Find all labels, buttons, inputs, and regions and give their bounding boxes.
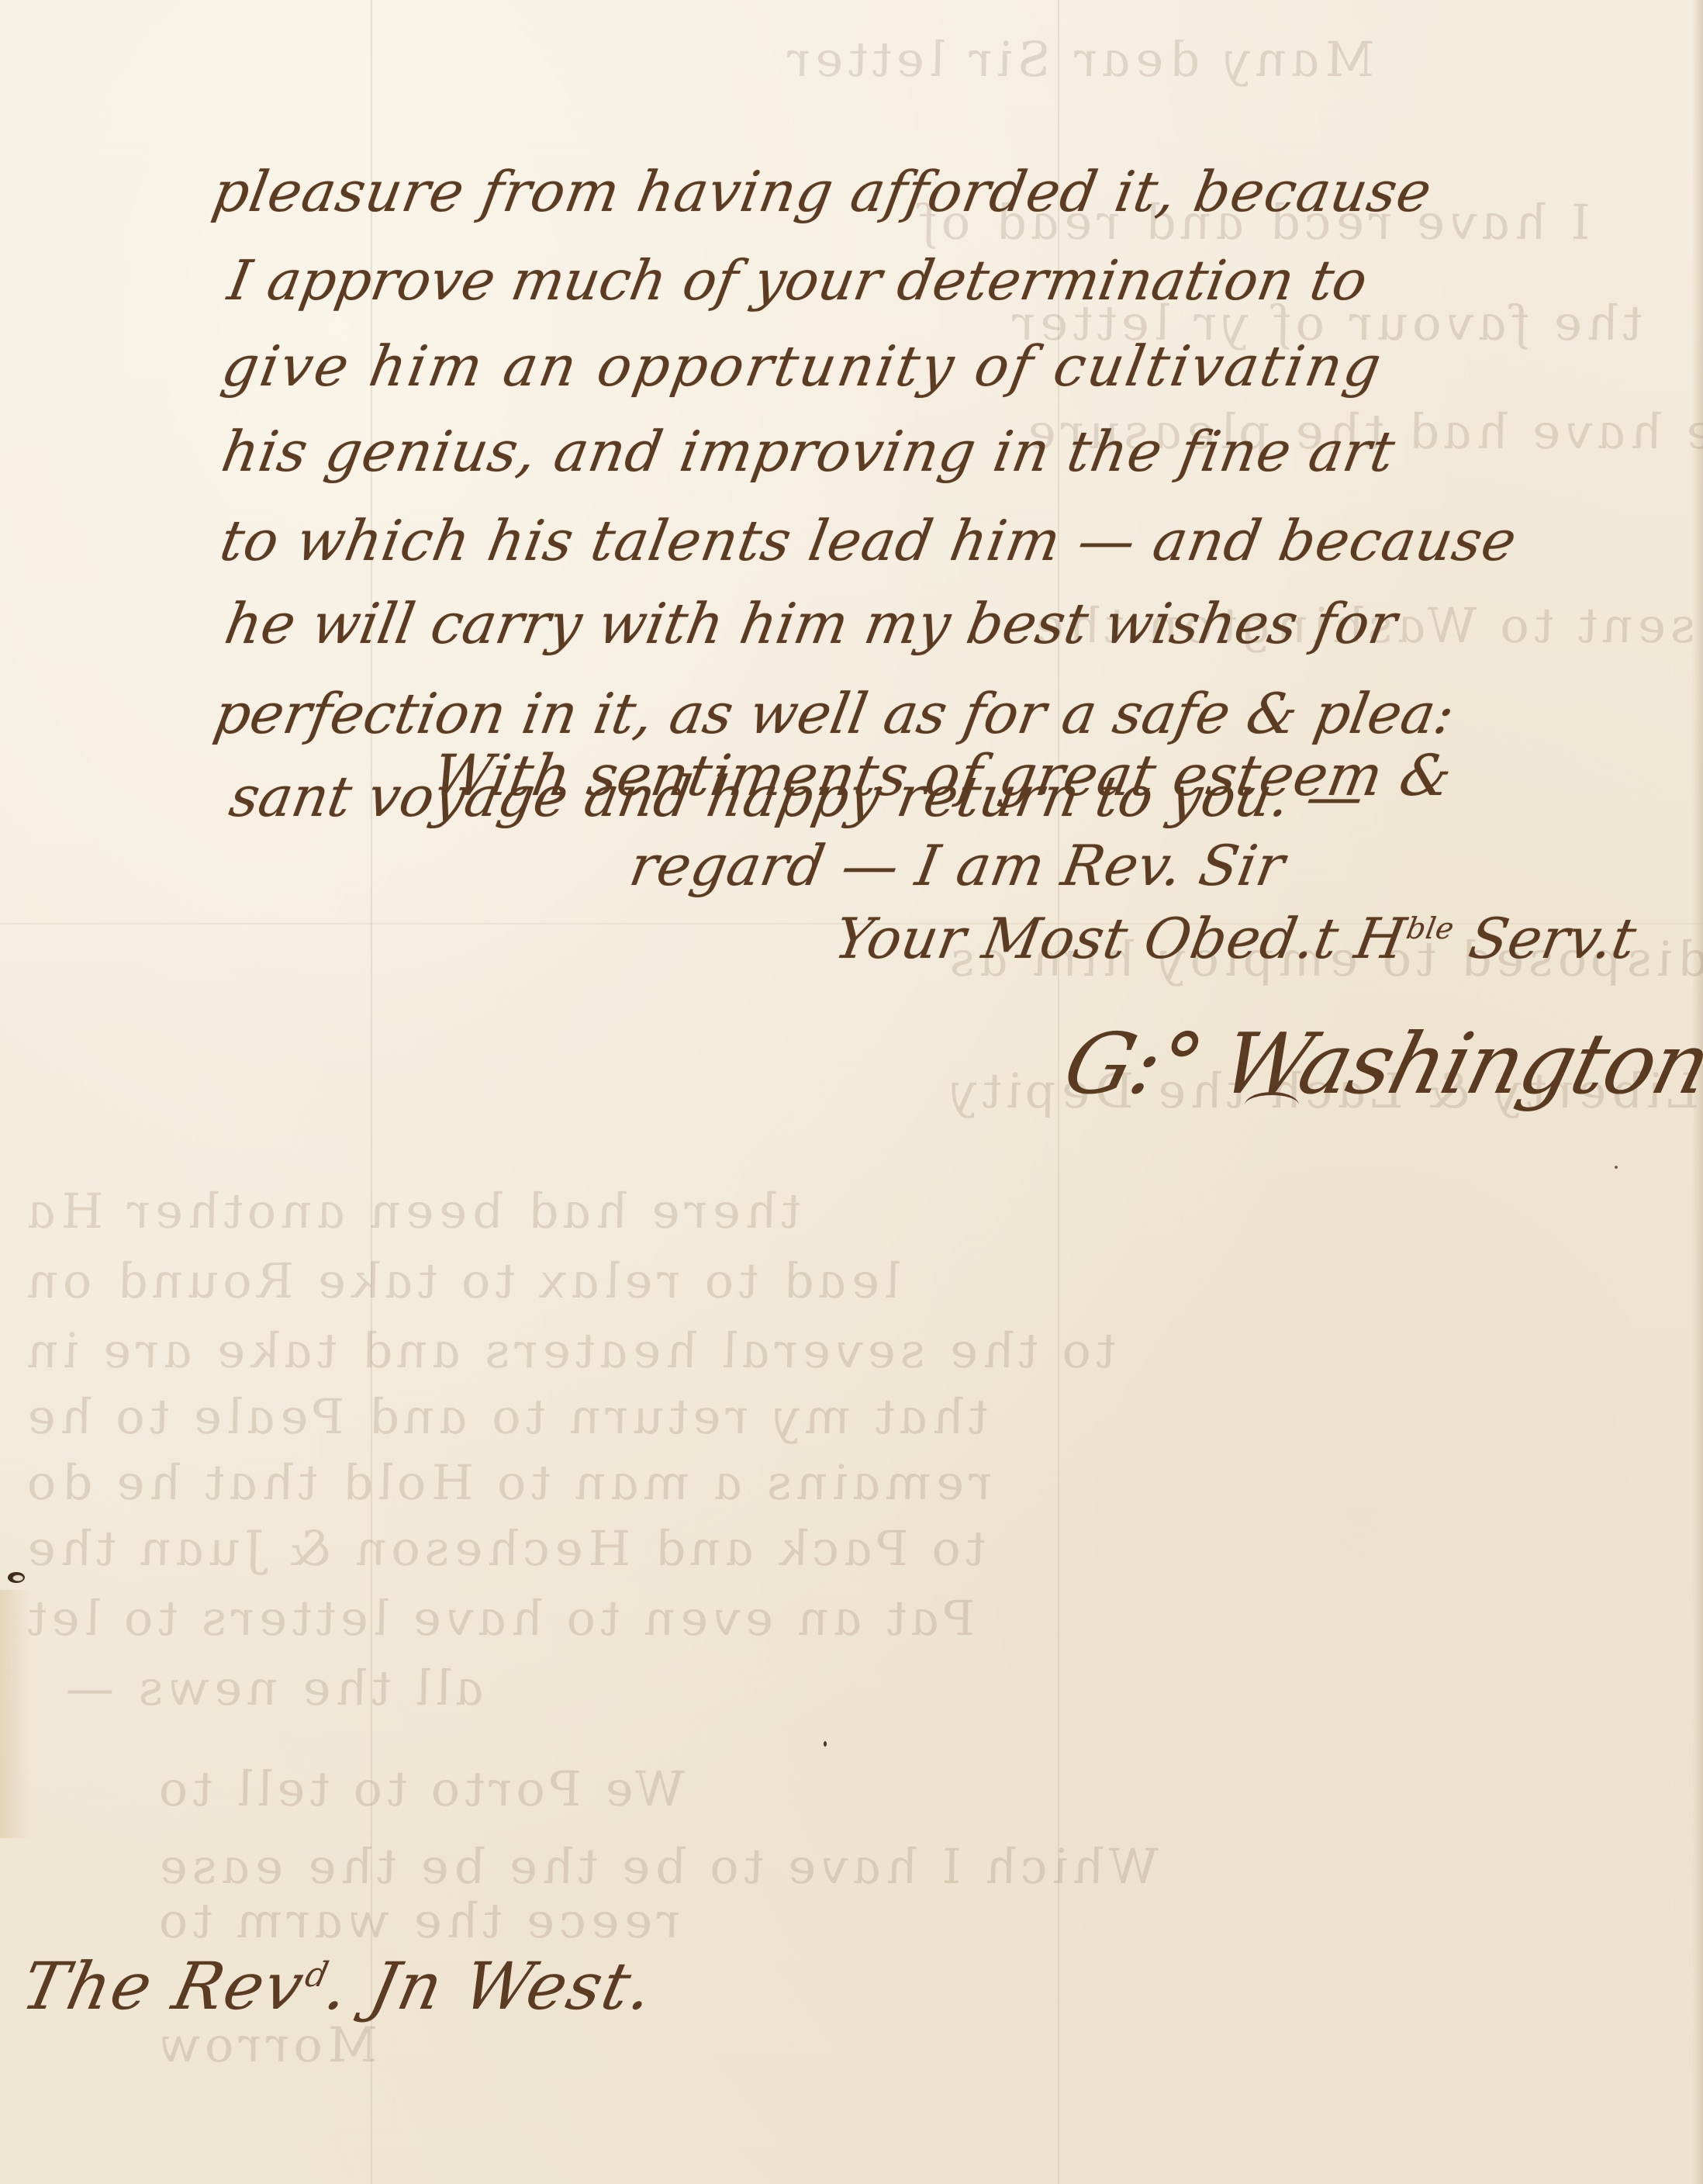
ghost-line: lead to relax to take Round on — [17, 1253, 906, 1309]
paper-hole — [8, 1572, 25, 1583]
signature: G:° Washington — [1055, 1016, 1703, 1113]
closing-superscript: ble — [1404, 911, 1456, 945]
ghost-line: all the news — — [56, 1660, 490, 1716]
addressee-prefix: The Rev — [16, 1948, 312, 2024]
ghost-line: to the several heaters and take are in — [17, 1322, 1121, 1379]
ghost-line: Many dear Sir letter — [777, 31, 1380, 88]
letter-line: perfection in it, as well as for a safe … — [209, 681, 1459, 746]
ghost-line: there had been another Ha — [17, 1183, 807, 1239]
ghost-line: remains a man to Hold that he do — [17, 1454, 998, 1511]
ghost-line: Pat an even to have letters to let — [17, 1590, 981, 1647]
ghost-line: Morrow — [149, 2016, 383, 2073]
closing-line: With sentiments of great esteem & — [428, 743, 1457, 809]
ghost-line: We Porto to tell to — [149, 1761, 690, 1817]
closing-line: Your Most Obed.t Hble Serv.t — [830, 906, 1641, 971]
letter-line: give him an opportunity of cultivating — [217, 333, 1388, 399]
letter-line: his genius, and improving in the fine ar… — [217, 419, 1401, 484]
closing-text: Your Most Obed.t H — [830, 906, 1411, 971]
letter-line: he will carry with him my best wishes fo… — [220, 591, 1401, 656]
ghost-line: reece the warm to — [149, 1892, 686, 1949]
letter-line: to which his talents lead him — and beca… — [216, 508, 1522, 573]
addressee: The Revd. Jn West. — [16, 1948, 662, 2024]
ghost-line: to Pack and Hecheson & Juan the — [17, 1520, 991, 1577]
ink-speck — [824, 1741, 827, 1747]
closing-line: regard — I am Rev. Sir — [625, 833, 1290, 898]
ink-speck — [1615, 1166, 1618, 1169]
closing-text-end: Serv.t — [1446, 906, 1642, 971]
letter-line: pleasure from having afforded it, becaus… — [208, 159, 1437, 224]
ghost-line: Which I have to be the be the ease — [149, 1838, 1164, 1895]
ghost-line: that my return to and Peale to he — [17, 1388, 994, 1445]
manuscript-page: Many dear Sir letter I have recd and rea… — [0, 0, 1703, 2184]
signature-flourish — [1245, 1092, 1299, 1118]
letter-line: I approve much of your determination to — [223, 248, 1372, 313]
addressee-name: . Jn West. — [319, 1948, 661, 2024]
